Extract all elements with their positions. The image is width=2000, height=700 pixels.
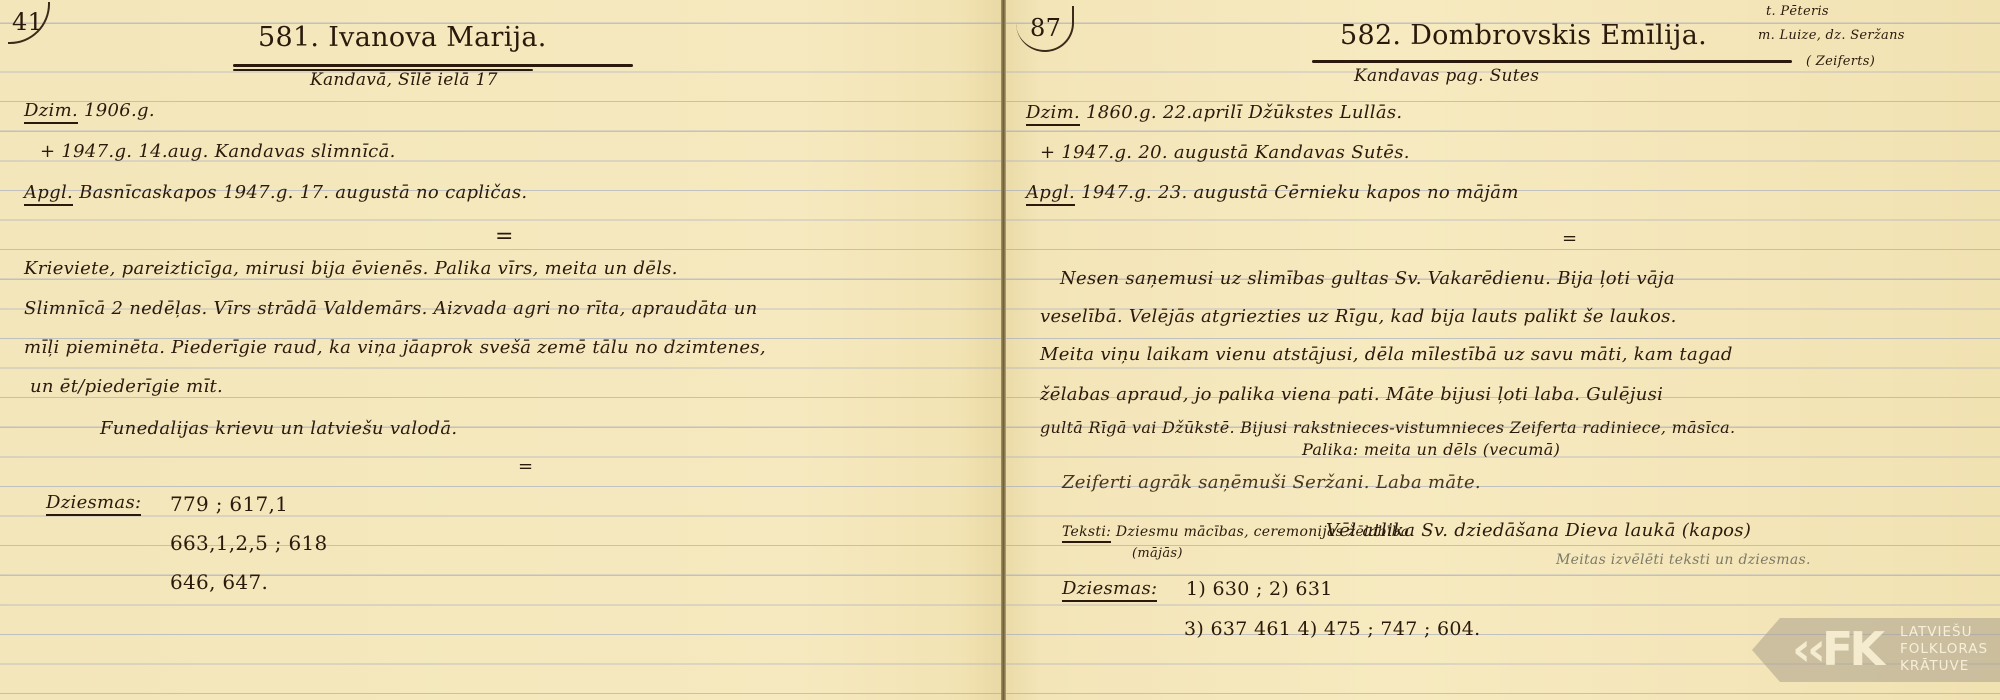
heading-underline	[233, 64, 633, 67]
logo-arrow-shape	[1752, 618, 1780, 682]
address: Kandavas pag. Sutes	[1354, 66, 1539, 86]
logo-text: LATVIEŠU FOLKLORAS KRĀTUVE	[1900, 624, 1988, 675]
songs-label: Dziesmas:	[46, 492, 141, 513]
buried-line: Apgl. Basnīcaskapos 1947.g. 17. augustā …	[24, 182, 527, 203]
folklore-archive-logo: ‹‹FK LATVIEŠU FOLKLORAS KRĀTUVE	[1752, 610, 2000, 690]
buried-text: 1947.g. 23. augustā Cērnieku kapos no mā…	[1081, 182, 1519, 203]
songs-line: 646, 647.	[170, 570, 268, 594]
narrative-line: veselībā. Velējās atgriezties uz Rīgu, k…	[1040, 306, 1677, 327]
narrative-line: Meita viņu laikam vienu atstājusi, dēla …	[1040, 344, 1733, 365]
died-line: + 1947.g. 20. augustā Kandavas Sutēs.	[1040, 142, 1410, 163]
person-name: Dombrovskis Emīlija.	[1410, 20, 1707, 51]
address: Kandavā, Sīlē ielā 17	[310, 70, 498, 90]
born-line: Dzim. 1860.g. 22.aprilī Džūkstes Lullās.	[1026, 102, 1402, 123]
funeral-note: Funedalijas krievu un latviešu valodā.	[100, 418, 457, 439]
born-text: 1906.g.	[84, 100, 155, 121]
logo-line: LATVIEŠU	[1900, 624, 1988, 641]
songs-line: 3) 637 461 4) 475 ; 747 ; 604.	[1184, 618, 1481, 640]
buried-text: Basnīcaskapos 1947.g. 17. augustā no cap…	[79, 182, 527, 203]
survivors-note: Palika: meita un dēls (vecumā)	[1302, 440, 1560, 459]
died-text: 1947.g. 14.aug. Kandavas slimnīcā.	[61, 141, 395, 162]
logo-line: FOLKLORAS	[1900, 641, 1988, 658]
songs-line: 663,1,2,5 ; 618	[170, 531, 328, 555]
burial-note: Zeiferti agrāk saņēmuši Seržani. Laba mā…	[1062, 472, 1481, 493]
entry-heading: 581. Ivanova Marija.	[258, 22, 547, 53]
buried-label: Apgl.	[1026, 182, 1075, 206]
buried-line: Apgl. 1947.g. 23. augustā Cērnieku kapos…	[1026, 182, 1519, 203]
right-page: 87 582. Dombrovskis Emīlija. t. Pēteris …	[1006, 0, 2000, 700]
separator: =	[1562, 228, 1577, 249]
separator: =	[518, 456, 533, 477]
faint-note: Meitas izvēlēti teksti un dziesmas.	[1556, 552, 1811, 568]
heading-underline	[1312, 60, 1792, 63]
separator: =	[495, 224, 514, 249]
entry-heading: 582. Dombrovskis Emīlija.	[1340, 20, 1707, 51]
notebook-spread: 41 581. Ivanova Marija. Kandavā, Sīlē ie…	[0, 0, 2000, 700]
songs-line: 1) 630 ; 2) 631	[1186, 578, 1333, 600]
narrative-line: mīļi pieminēta. Piederīgie raud, ka viņa…	[24, 337, 766, 358]
born-line: Dzim. 1906.g.	[24, 100, 155, 121]
narrative-line: Nesen saņemusi uz slimības gultas Sv. Va…	[1060, 268, 1675, 289]
died-label: +	[40, 141, 55, 162]
entry-number: 581.	[258, 22, 319, 53]
died-text: 1947.g. 20. augustā Kandavas Sutēs.	[1061, 142, 1409, 163]
person-name: Ivanova Marija.	[328, 22, 546, 53]
texts-small-sub: (mājās)	[1132, 546, 1183, 561]
lfk-logo-icon: ‹‹FK	[1792, 622, 1881, 676]
left-page: 41 581. Ivanova Marija. Kandavā, Sīlē ie…	[0, 0, 1002, 700]
died-label: +	[1040, 142, 1055, 163]
narrative-line: un ēt/piederīgie mīt.	[30, 376, 223, 397]
narrative-line: gultā Rīgā vai Džūkstē. Bijusi rakstniec…	[1040, 418, 1735, 437]
texts-label: Teksti:	[1062, 524, 1111, 543]
songs-line: 779 ; 617,1	[170, 492, 288, 516]
songs-label: Dziesmas:	[1062, 578, 1157, 599]
born-label: Dzim.	[1026, 102, 1080, 126]
buried-label: Apgl.	[24, 182, 73, 206]
born-label: Dzim.	[24, 100, 78, 124]
narrative-line: Krieviete, pareizticīga, mirusi bija ēvi…	[24, 258, 678, 279]
relative-line: m. Luize, dz. Seržans	[1758, 28, 1905, 43]
relative-line: t. Pēteris	[1766, 4, 1829, 19]
died-line: + 1947.g. 14.aug. Kandavas slimnīcā.	[40, 141, 396, 162]
narrative-line: Slimnīcā 2 nedēļas. Vīrs strādā Valdemār…	[24, 298, 758, 319]
relative-line: ( Zeiferts)	[1806, 54, 1875, 69]
born-text: 1860.g. 22.aprilī Džūkstes Lullās.	[1086, 102, 1402, 123]
texts-main: Vēl atlika Sv. dziedāšana Dieva laukā (k…	[1326, 520, 1751, 541]
narrative-line: žēlabas apraud, jo palika viena pati. Mā…	[1040, 384, 1663, 405]
entry-number: 582.	[1340, 20, 1401, 51]
logo-line: KRĀTUVE	[1900, 658, 1988, 675]
